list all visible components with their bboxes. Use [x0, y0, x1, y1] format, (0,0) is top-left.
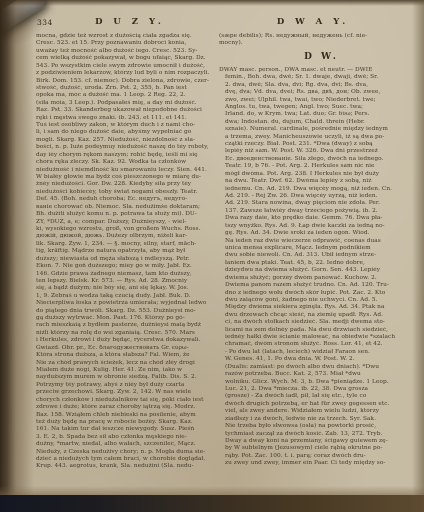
- text-line: Niecierpliwa łoska z powietrza umierała;…: [36, 300, 215, 307]
- text-line: dwu drzewach chcąc sieść, na ziemię upad…: [219, 312, 424, 319]
- text-line: z podziwieniem lekarzow, którzy lud byli…: [36, 70, 215, 77]
- text-line: Krup. 443. aegrotus, krank, Sla. nedužin…: [36, 463, 215, 470]
- text-line: wolniku. Glicz. Wych. M. 3, b. Dwa *pien…: [219, 379, 424, 386]
- text-line: (grosze) - Za dwóch iadł, pił, lał się e…: [219, 393, 424, 400]
- text-line: duższy; niewiasta od męża słabszą i mdle…: [36, 256, 215, 263]
- text-line: dwa; Indostan. du, dujum, Chald. threin …: [219, 119, 424, 126]
- text-line: 137. Zawsze łatwiéy dway trzeciego pożyw…: [219, 208, 424, 215]
- text-line: Cresc. 523. et 15. Przy poznawaniu dobro…: [36, 40, 215, 47]
- text-line: zdrowe i duże; które zaraz choroby iątrz…: [36, 404, 215, 411]
- text-line: Gwiazd. Obr. pr., Ec. благодужествовать …: [36, 345, 215, 352]
- text-line: Anglos. tu, twa, twegen; Angl. two; Suec…: [219, 104, 424, 111]
- text-line: chramać, dwóm stronom służyć. Ross. Lor.…: [219, 341, 424, 348]
- text-line: li, i sam do niego dużość daie, abyśmy w…: [36, 129, 215, 136]
- text-line: W białéy głowie ma bydź coś pieszczonego…: [36, 174, 215, 181]
- text-line: sznaie). Numeral. cardinale, pośrednie m…: [219, 126, 424, 133]
- text-line: nayduższym murem w obronie siedzą. Falib…: [36, 374, 215, 381]
- text-line: Def. 45. (Boh. neduh choroba; Ec. недугъ…: [36, 196, 215, 203]
- text-line: dwiema służyć; gorzéy dwóm panować. Kuch…: [219, 275, 424, 282]
- text-line: lepiéy niż sam. W. Post. W. 326. Dwa dni…: [219, 148, 424, 155]
- text-line: stwość, dużość, uroda. Zrn. Pst. 2, 355,…: [36, 85, 215, 92]
- text-line: lik. Skarg. Zyw. 1, 234. — §. mocny, sil…: [36, 241, 215, 248]
- text-line: Dwa razy daie, kto prędko daie. Gemm. 76…: [219, 215, 424, 222]
- text-line: by W subtelnym (Jezusowym) ciele rąbią o…: [219, 445, 424, 452]
- text-line: ręki i męstwa swego znaki. ib. 243. et 1…: [36, 115, 215, 122]
- text-line: Raz. Pst. 33. Skanderbeg ukazował niepod…: [36, 107, 215, 114]
- text-line: zu zwey und zwey, immer ein Paar. Ci ted…: [219, 460, 424, 467]
- text-line: ki, wysokiego wzrostu, groß, von großem …: [36, 226, 215, 233]
- text-line: niedużości kobiecéy, toby świat nogami o…: [36, 189, 215, 196]
- text-line: viel, als zwey andere. Widziałem wielu l…: [219, 408, 424, 415]
- text-line: Nie za chód prawych ścieżek, lecz na chó…: [36, 360, 215, 367]
- right-text-column: (sæpe debilis); Rs. недужный, недужень (…: [219, 33, 424, 468]
- text-line: rąby. Pot. Zac. 100. t. i. parą; coraz d…: [219, 453, 424, 460]
- text-line: i Herkules, zdrowi i duży będąc, rycerst…: [36, 337, 215, 344]
- text-line: W. Genes. 41, 1. Po dwa dnia. W. Post. W…: [219, 356, 424, 363]
- text-line: Birk. Dom. 153. cf. niemoc). Dobra zielo…: [36, 78, 215, 85]
- text-line: mógł dwóma. Pot. Arg. 238. I Herkules ni…: [219, 171, 424, 178]
- text-line: 543. Po wszystkim ciele swym zdrowie umo…: [36, 63, 215, 70]
- text-line: Irland. do, w Krym. twa; Lat. duo; Gr. δ…: [219, 111, 424, 118]
- text-line: ten lepszy. Bielsk. Kr. 573. — Rys. Ad. …: [36, 278, 215, 285]
- text-line: day iéy chorym rękom naszym; robić będę,…: [36, 152, 215, 159]
- page-header: 334 D U Z Y. D W A Y.: [0, 17, 424, 29]
- right-column-intro: (sæpe debilis); Rs. недужный, недужень (…: [219, 33, 424, 48]
- text-line: Niedužy, z Czeska neduživy chory; n. p. …: [36, 449, 215, 456]
- text-line: mogli. Skarg. Kaz. 257. Niedużość, niezd…: [36, 137, 215, 144]
- text-line: ZY, *DUZ, a, e; compar. Duższy, Dużnieys…: [36, 219, 215, 226]
- text-line: się, a bądź dużym; nie bóy się, ani się …: [36, 285, 215, 292]
- running-head-right: D W A Y.: [238, 17, 388, 27]
- text-line: Dway a dway koni na przemiany, ścigawy g…: [219, 438, 424, 445]
- text-line: Bh. dužiti służyć komu n. p. potrawa ta …: [36, 211, 215, 218]
- text-line: Między dwiema siekiera zginęła. Rys. Ad.…: [219, 304, 424, 311]
- text-line: łaniem dwa ptaki. Teat. 45, b, 22. Iedno…: [219, 260, 424, 267]
- text-line: dzieć a niedužych tym całem braci, w cho…: [36, 456, 215, 463]
- text-line: iednemu. Cn. Ad. 219. Dwa więcéy mogą, n…: [219, 186, 424, 193]
- text-line: przeciw grzechowi. Skarg. Zyw. 2, 142. W…: [36, 389, 215, 396]
- text-line: tig, kräftig. Mądrze natura opatrzyła, a…: [36, 248, 215, 255]
- text-line: Ekon. 7. Nie goń duższego; miey go w mił…: [36, 263, 215, 270]
- text-line: dużny, *martw, niedal, albo wałach, szcz…: [36, 441, 215, 448]
- text-line: femin., Boh. dwa, dwě; Sr. 1. dwaje, dwa…: [219, 74, 424, 81]
- text-line: ci, na dwóch stołkach siedzieć. Sla. med…: [219, 319, 424, 326]
- book-left-edge: [0, 0, 34, 512]
- text-line: Dwiema panom razem służyć trudno. Cn. Ad…: [219, 282, 424, 289]
- text-line: opoka ma, moc a dużość ma. 1 Leop. 2 Reg…: [36, 92, 215, 99]
- text-line: Na ieden raz dwie wieczerze odprawić, co…: [219, 238, 424, 245]
- text-line: unica mensa explicare, Mącz. Iednym podn…: [219, 245, 424, 252]
- text-line: ваніе chorować ob. Niemoc. Sla. nedužimš…: [36, 204, 215, 211]
- text-line: tychmiast zaczął za dwóch kosić. Zab. 13…: [219, 431, 424, 438]
- text-line: uważay też mocność albo dużość iego. Cre…: [36, 48, 215, 55]
- text-line: mocna, gdzie też wzrost z dużością ciała…: [36, 33, 215, 40]
- section-heading-dw: D W.: [219, 52, 424, 63]
- text-line: na dwu. Teatr. Dwf. 62. Dwóma lepiéy z s…: [219, 178, 424, 185]
- left-text-column: mocna, gdzie też wzrost z dużością ciała…: [36, 33, 215, 471]
- text-line: Ec. двоеденствованіе. Siła złego, dwóch …: [219, 156, 424, 163]
- text-line: mocny).: [219, 40, 424, 47]
- text-line: dzieydwu na dwiema służyć. Gorn. Sen. 44…: [219, 267, 424, 274]
- dwa-dictionary-entry: DWAY masc. person., DWA masc. et neutr. …: [219, 67, 424, 468]
- text-line: niżli którzy na rolę do wsi zganiaią. Cr…: [36, 330, 215, 337]
- text-line: 146. Gdzie prawa żadnego niemasz, tam kt…: [36, 271, 215, 278]
- page-bottom-shadow: [0, 486, 424, 495]
- text-line: bości, n. p. Iuże podeymuy niedużość nas…: [36, 144, 215, 151]
- text-line: też duży będę na pracę w robocie bożéy. …: [36, 419, 215, 426]
- text-line: dwóch drugich potrzebą, er hat für zwey …: [219, 401, 424, 408]
- book-bottom-edge: [0, 495, 424, 512]
- text-line: ziadłszy i za dwóch, ledwie nie za trzec…: [219, 416, 424, 423]
- text-line: do piątego dnia trwóli. Skarg. Dz. 553. …: [36, 308, 215, 315]
- text-line: niedużność i niemdlność ku smarowaniu le…: [36, 167, 215, 174]
- text-line: Ad. 219. Stara nowina, dway pięciom nie …: [219, 200, 424, 207]
- text-line: 3. E. 2, b. Spada bez sił abo członka mę…: [36, 434, 215, 441]
- page-top-edge: [0, 0, 424, 6]
- running-head-left: D U Z Y.: [60, 17, 200, 27]
- text-line: tszy wnyżko. Rys. Ad. 9. Łap dwie kaczki…: [219, 223, 424, 230]
- page-right-edge: [412, 0, 424, 512]
- text-line: - Po dwu lat (latach, leciech) widział F…: [219, 349, 424, 356]
- text-line: dvę, dva; Vd. dva, dvei; Rs. два, двѣ, д…: [219, 89, 424, 96]
- text-line: Potrzymy téy potrawy, abyś z niéy był du…: [36, 382, 215, 389]
- text-line: rach mieszkaią z bydłem pasterze, dużnie…: [36, 322, 215, 329]
- text-line: (siła moia, 3 Leop.). Podpasałeś mię, a …: [36, 100, 215, 107]
- text-line: dno z iednego wołu dwóch skór łupić. Pot…: [219, 290, 424, 297]
- text-line: Miałem duże nogi, Kulig. Her. 41. Że nim…: [36, 367, 215, 374]
- text-line: dwu zaiąców goni, żadnego nie uchwyci. C…: [219, 297, 424, 304]
- text-line: (sæpe debilis); Rs. недужный, недужень (…: [219, 33, 424, 40]
- text-line: Nie trzeba było słwowsa (osła) na powtór…: [219, 423, 424, 430]
- text-line: gę. Rys. Ad. 34. Dwie sroki za ieden ogo…: [219, 230, 424, 237]
- text-line: Teatr. 19, b 76. - Pot. Arg. 2. Herkules…: [219, 163, 424, 170]
- text-line: дюжій, дюжой, дюжь. Dużezy olbrzym, niże…: [36, 233, 215, 240]
- text-line: czątki rzeczy. Biał. Post. 231. *Dwa (dw…: [219, 141, 424, 148]
- text-line: 161. Na takim tur dał ieszcze niewygody.…: [36, 426, 215, 433]
- text-line: żnéy niedużości. Gor. Dw. 228. Kiedyby s…: [36, 181, 215, 188]
- text-line: Ad. 219. - Rej Zw. 26. Dwa więcéy uyrzą,…: [219, 193, 424, 200]
- text-line: zwo, zwei; Ulphil. twa, twai, two; Niede…: [219, 97, 424, 104]
- text-line: Baz. 158. Wziąłem chleb niebieski na pos…: [36, 412, 215, 419]
- text-line: dwu sobie niewoli. Cn. Ad. 313. Ubił ied…: [219, 252, 424, 259]
- text-line: Która strona duższa, a która słabsza? Fa…: [36, 352, 215, 359]
- text-line: 1, 9. Żebraś u wodza taką czucią dudy. J…: [36, 293, 215, 300]
- text-line: razów potrzeba. Bucc. Kat. 2, 573. Miał …: [219, 371, 424, 378]
- page-number: 334: [37, 18, 53, 27]
- text-line: Luc. 21, 2. Dwa *miecza. ib. 22, 38. Dwa…: [219, 386, 424, 393]
- text-line: licami na zem dolnéy pada. Na dwu drzwia…: [219, 327, 424, 334]
- text-line: cem wielką dużość pokazywał, w bogu ufai…: [36, 55, 215, 62]
- text-line: chorych członków i niedużalników tai się…: [36, 397, 215, 404]
- text-line: iednéy hałki dwie ścianie malować, na ob…: [219, 334, 424, 341]
- text-line: DWAY masc. person., DWA masc. et neutr. …: [219, 67, 424, 74]
- text-line: gą duższy wytrwać. Mon. Past. 176. Którz…: [36, 315, 215, 322]
- text-line: a trzema, zwey. Manicheuszowie uczyli, i…: [219, 134, 424, 141]
- book-page-scan: 334 D U Z Y. D W A Y. mocna, gdzie też w…: [0, 0, 424, 512]
- text-line: chora ręka zleczy. Sk. Kaz. 92. Wodka ta…: [36, 159, 215, 166]
- text-line: Tuś iest osobliwy zakon, w którym duch i…: [36, 122, 215, 129]
- text-line: (Dualis: zamiast: po dwóch albo dwu dnia…: [219, 364, 424, 371]
- text-line: 2. dwa, dwě; Sla. dva, dvi; Rg. dva, dvi…: [219, 82, 424, 89]
